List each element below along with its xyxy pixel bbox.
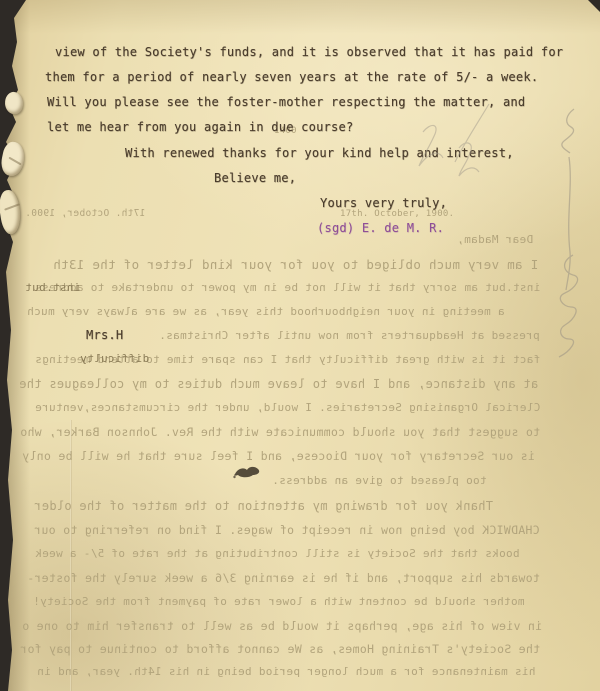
ghost-dark-fragment-1: inst.but bbox=[25, 281, 80, 294]
typed-line-7: Yours very truly, bbox=[320, 196, 447, 210]
pencil-margin-annotation bbox=[538, 95, 598, 360]
ghost-mirrored-line-11: is our Secretary for your Diocese, and I… bbox=[22, 449, 535, 463]
typed-line-8: (sgd) E. de M. R. bbox=[317, 221, 444, 235]
ink-blot bbox=[232, 464, 262, 480]
typed-line-9: Mrs.H bbox=[86, 328, 123, 342]
pencil-date-scribble bbox=[393, 98, 533, 193]
typed-line-1: view of the Society's funds, and it is o… bbox=[55, 45, 563, 59]
scan-background: 17th. October, 1900.Dear Madam,I am very… bbox=[0, 0, 600, 691]
ghost-mirrored-line-1: 17th. October, 1900. bbox=[25, 208, 145, 219]
ghost-mirrored-line-18: in view of his age, perhaps it would be … bbox=[22, 619, 542, 633]
paper-top-stain bbox=[0, 0, 600, 34]
ghost-mirrored-line-20: his maintenance for a much longer period… bbox=[37, 665, 535, 678]
letter-paper: 17th. October, 1900.Dear Madam,I am very… bbox=[0, 0, 600, 691]
ghost-mirrored-line-19: the Society's Training Homes, as We cann… bbox=[20, 642, 540, 656]
ghost-mirrored-line-2: Dear Madam, bbox=[457, 233, 533, 246]
ghost-mirrored-line-12: too pleased to give an address. bbox=[272, 474, 487, 487]
ghost-mirrored-line-3: I am very much obliged to you for your k… bbox=[53, 257, 538, 272]
typed-line-2: them for a period of nearly seven years … bbox=[45, 70, 538, 84]
ghost-mirrored-line-15: books that the Society is still contribu… bbox=[35, 547, 520, 560]
ghost-mirrored-line-13: Thank you for drawing my attention to th… bbox=[34, 499, 493, 513]
ghost-mirrored-line-16: towards his support, and if he is earnin… bbox=[27, 571, 540, 585]
ghost-mirrored-line-17: mother should be content with a lower ra… bbox=[33, 595, 525, 608]
ghost-dark-fragment-2: difficulty bbox=[80, 352, 149, 365]
ghost-mirrored-line-8: at any distance, and I have to leave muc… bbox=[19, 377, 538, 391]
ghost-mirrored-line-9: Clerical Organising Secretaries. I would… bbox=[35, 401, 540, 414]
ghost-mirrored-line-4: inst.but am sorry that it will not be in… bbox=[35, 281, 540, 294]
ghost-mirrored-line-10: to suggest that you should communicate w… bbox=[20, 425, 540, 439]
typed-line-4: let me hear from you again in due course… bbox=[47, 120, 353, 134]
ghost-mirrored-line-6: pressed at Headquarters from now until a… bbox=[159, 329, 540, 342]
ghost-mirrored-line-5: a meeting in your neighbourhood this yea… bbox=[27, 305, 505, 318]
typed-line-6: Believe me, bbox=[214, 171, 296, 185]
ghost-normal-line-1: 17th. October, 1900. bbox=[340, 209, 454, 219]
ghost-mirrored-line-14: CHADWICK boy being now in receipt of wag… bbox=[34, 523, 540, 537]
